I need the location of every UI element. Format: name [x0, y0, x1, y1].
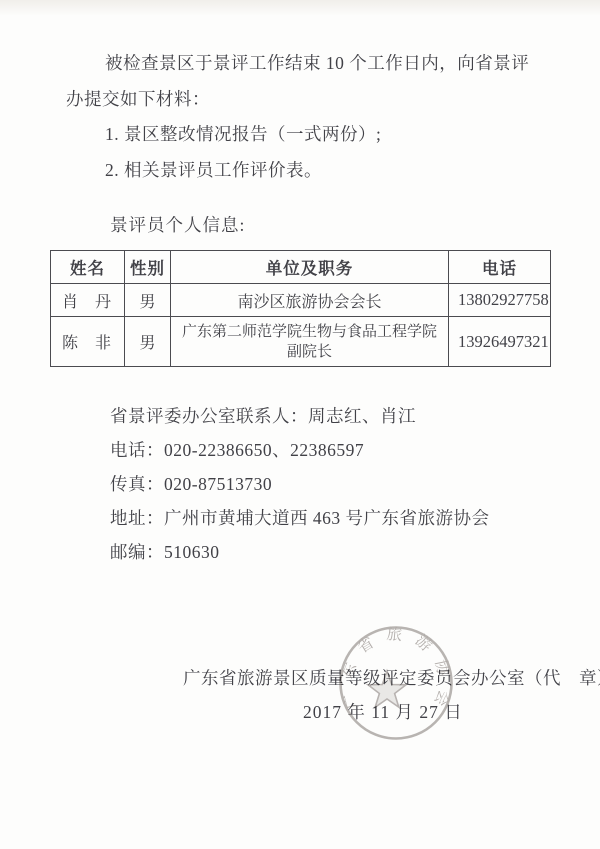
cell-name: 肖 丹	[51, 284, 125, 317]
cell-gender: 男	[125, 317, 171, 367]
contact-phone-line: 电话：020-22386650、22386597	[110, 433, 490, 467]
contact-fax-line: 传真：020-87513730	[110, 467, 490, 501]
column-header-phone: 电话	[449, 251, 551, 284]
cell-phone: 13802927758	[449, 284, 551, 317]
contact-postcode-line: 邮编：510630	[110, 535, 490, 569]
intro-paragraph: 被检查景区于景评工作结束 10 个工作日内，向省景评 办提交如下材料： 1. 景…	[66, 46, 552, 188]
cell-gender: 男	[125, 284, 171, 317]
list-item-2: 2. 相关景评员工作评价表。	[66, 153, 552, 189]
intro-line: 被检查景区于景评工作结束 10 个工作日内，向省景评	[66, 46, 552, 82]
issue-date: 2017 年 11 月 27 日	[303, 699, 463, 724]
table-header-row: 姓名 性别 单位及职务 电话	[51, 251, 551, 284]
document-page: 被检查景区于景评工作结束 10 个工作日内，向省景评 办提交如下材料： 1. 景…	[0, 0, 600, 849]
scan-noise-band	[0, 0, 600, 16]
cell-unit: 广东第二师范学院生物与食品工程学院副院长	[171, 317, 449, 367]
contact-info-block: 省景评委办公室联系人：周志红、肖江 电话：020-22386650、223865…	[110, 399, 490, 569]
intro-line: 办提交如下材料：	[66, 82, 552, 118]
table-row: 陈 非 男 广东第二师范学院生物与食品工程学院副院长 13926497321	[51, 317, 551, 367]
list-item-1: 1. 景区整改情况报告（一式两份）;	[66, 117, 552, 153]
column-header-gender: 性别	[125, 251, 171, 284]
contact-address-line: 地址：广州市黄埔大道西 463 号广东省旅游协会	[110, 501, 490, 535]
column-header-unit: 单位及职务	[171, 251, 449, 284]
cell-phone: 13926497321	[449, 317, 551, 367]
contact-person-line: 省景评委办公室联系人：周志红、肖江	[110, 399, 490, 433]
section-heading: 景评员个人信息:	[110, 212, 245, 237]
table-row: 肖 丹 男 南沙区旅游协会会长 13802927758	[51, 284, 551, 317]
column-header-name: 姓名	[51, 251, 125, 284]
reviewer-info-table: 姓名 性别 单位及职务 电话 肖 丹 男 南沙区旅游协会会长 138029277…	[50, 250, 551, 367]
cell-name: 陈 非	[51, 317, 125, 367]
cell-unit: 南沙区旅游协会会长	[171, 284, 449, 317]
issuing-office-signature: 广东省旅游景区质量等级评定委员会办公室（代 章）	[183, 665, 600, 690]
